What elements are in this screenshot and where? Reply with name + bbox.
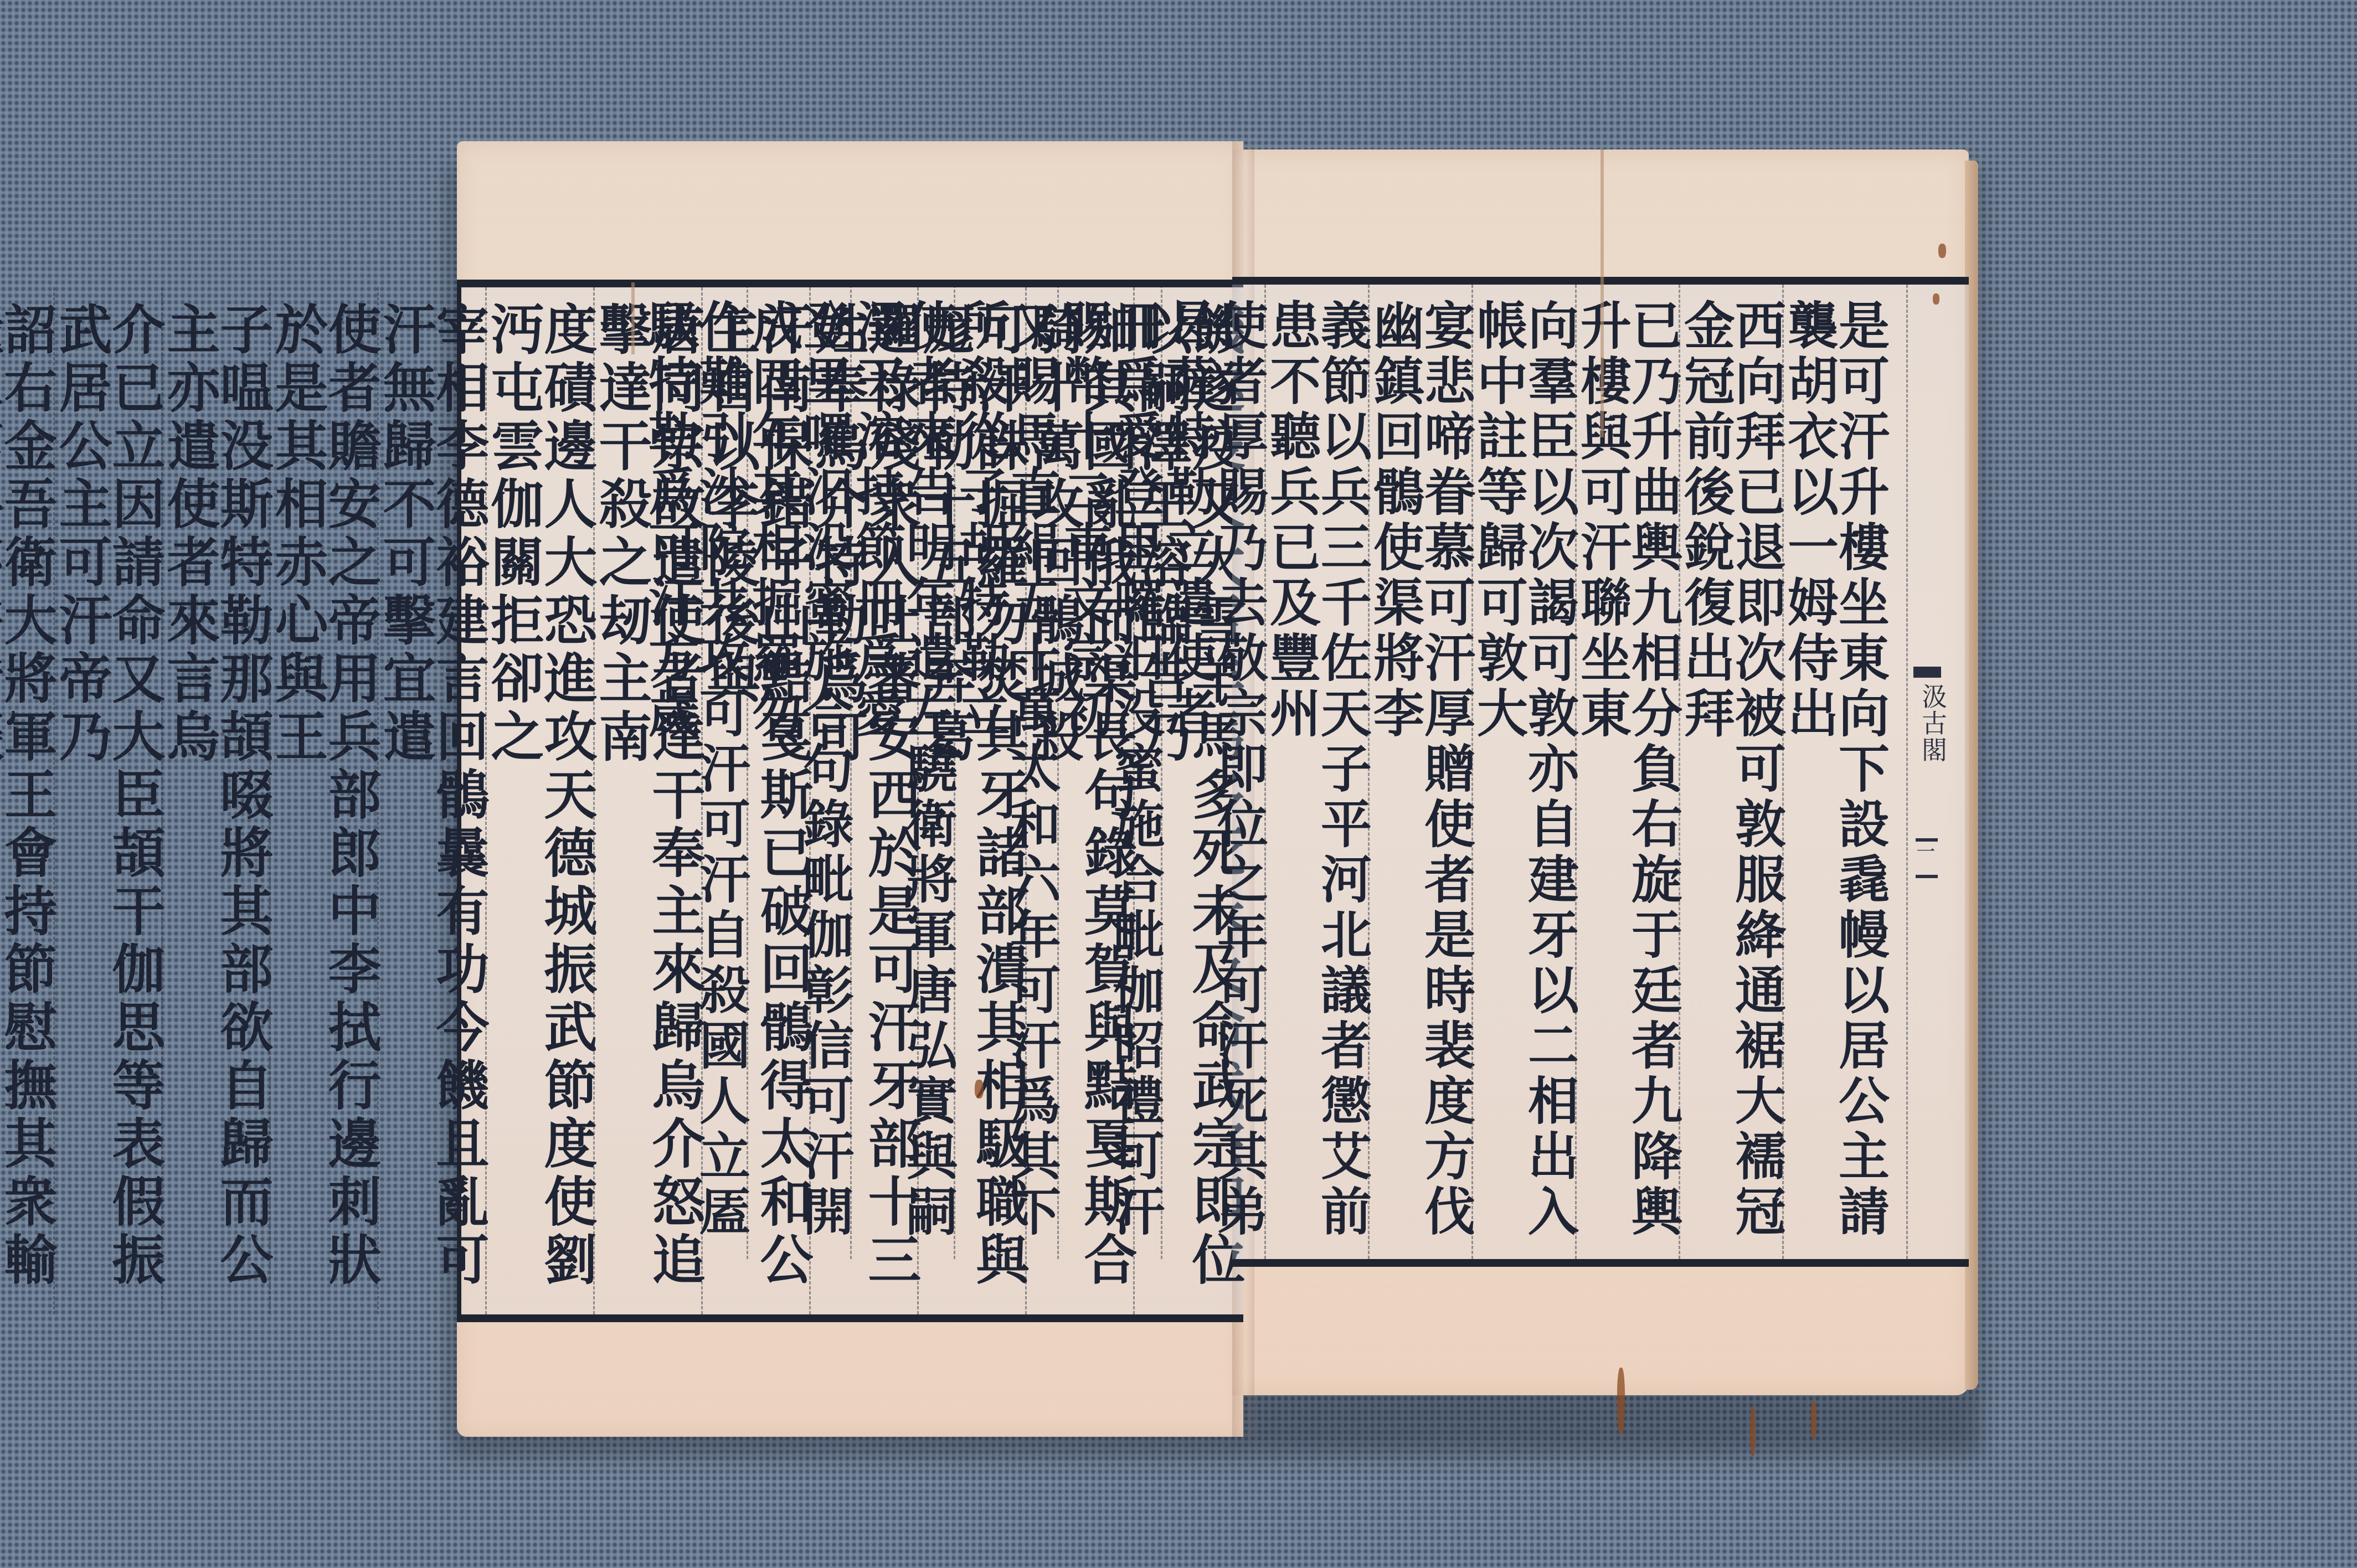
text-column: 向羣臣以次謁可敦亦自建牙以二相出入帳中註等歸可敦大 bbox=[1471, 285, 1575, 1259]
text-column: 宴悲啼眷慕可汗厚贈使者是時裴度方伐幽鎮回鶻使渠將李 bbox=[1368, 285, 1471, 1259]
text-column: 子嗢没斯特勒那頡啜將其部欲自歸而公主亦遣使者來言烏 bbox=[161, 287, 269, 1314]
wormhole-stain bbox=[975, 1080, 984, 1098]
text-column: 冊爲愛登里囉汨没蜜施合毗伽昭禮可汗賜幣十二車文宗初 bbox=[1057, 285, 1161, 1259]
text-column: 使者贍安之帝用兵部郎中李拭行邊刺狀於是其相赤心與王 bbox=[269, 287, 377, 1314]
water-stain bbox=[1750, 1406, 1756, 1456]
text-column: 使者厚賜乃去敬宗即位之年可汗死其弟曷薩特勒立遣使者 bbox=[1161, 285, 1264, 1259]
text-column: 又賜馬直絹五十萬太和六年可汗爲其下所殺從子胡特勒立 bbox=[954, 285, 1057, 1259]
text-column: 西向拜已退即次被可敦服絳通裾大襦冠金冠前後銳復出拜 bbox=[1679, 285, 1782, 1259]
water-stain bbox=[1811, 1401, 1816, 1440]
paper-tear bbox=[1601, 149, 1604, 437]
water-stain bbox=[1617, 1368, 1625, 1434]
wormhole-stain bbox=[1938, 244, 1946, 258]
text-column: 詔右金吾衛大將軍王會持節慰撫其衆輸糧二萬斛不許借振 bbox=[0, 287, 53, 1314]
text-column: 宰相李德裕建言回鶻曩有功今饑且亂可汗無歸不可擊宜遣 bbox=[377, 287, 485, 1314]
publisher-mark: 汲古閣 bbox=[1915, 683, 1951, 763]
wormhole-stain bbox=[1933, 293, 1939, 305]
paper-tear bbox=[631, 282, 635, 354]
leaf-number: 一 bbox=[1916, 838, 1938, 878]
right-page-columns: 是可汗升樓坐東向下設毳幔以居公主請襲胡衣以一姆侍出 西向拜已退即次被可敦服絳通裾… bbox=[1265, 285, 1886, 1259]
text-column: 作難引沙陀共攻可汗可汗自殺國人立㕎馺特勒爲可汗方歲 bbox=[645, 285, 747, 1259]
text-column: 義節以兵三千佐天子平河北議者懲艾前患不聽兵已及豐州 bbox=[1264, 285, 1368, 1259]
text-column: 是可汗升樓坐東向下設毳幔以居公主請襲胡衣以一姆侍出 bbox=[1782, 285, 1886, 1259]
fishtail-mark-icon bbox=[1913, 667, 1941, 678]
text-column: 登里囉汨没蜜施合句錄毗伽彰信可汗開成四年其相掘羅勿 bbox=[747, 285, 850, 1259]
text-column: 使者來告明年遣左驍衛將軍唐弘實與嗣澤王溶持節冊爲愛 bbox=[850, 285, 954, 1259]
banxin-center-column: 汲古閣 一 bbox=[1906, 285, 1947, 1259]
text-column: 度磧邊人大恐進攻天德城振武節度使劉沔屯雲伽關拒卻之 bbox=[485, 287, 593, 1314]
text-column: 已乃升曲輿九相分負右旋于廷者九降輿升樓與可汗聯坐東 bbox=[1575, 285, 1679, 1259]
text-column: 介已立因請命又大臣頡干伽思等表假振武居公主可汗帝乃 bbox=[53, 287, 161, 1314]
